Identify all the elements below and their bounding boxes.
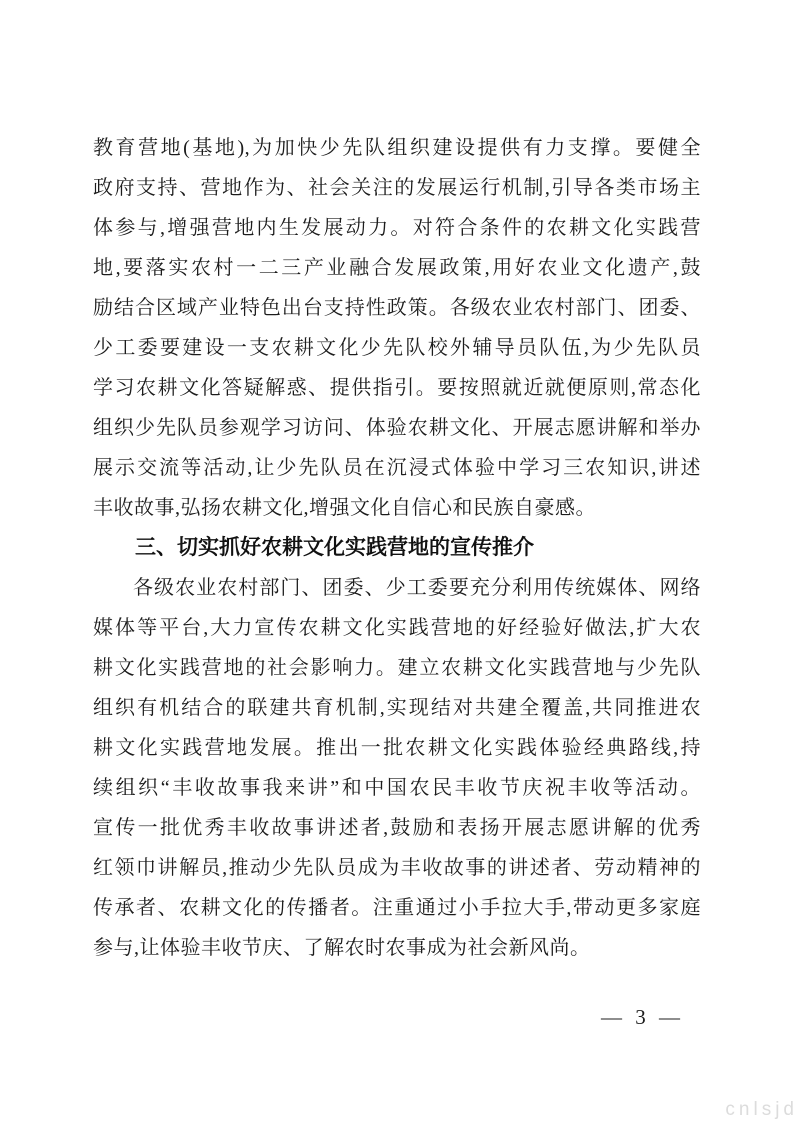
document-text-block: 教育营地(基地),为加快少先队组织建设提供有力支撑。要健全 政府支持、营地作为、… [93,128,701,968]
body-line: 参与,让体验丰收节庆、了解农时农事成为社会新风尚。 [93,928,701,968]
body-line: 地,要落实农村一二三产业融合发展政策,用好农业文化遗产,鼓 [93,248,701,288]
body-line: 耕文化实践营地发展。推出一批农耕文化实践体验经典路线,持 [93,728,701,768]
body-line: 教育营地(基地),为加快少先队组织建设提供有力支撑。要健全 [93,128,701,168]
body-line: 体参与,增强营地内生发展动力。对符合条件的农耕文化实践营 [93,208,701,248]
section-heading: 三、切实抓好农耕文化实践营地的宣传推介 [93,528,701,568]
body-line: 耕文化实践营地的社会影响力。建立农耕文化实践营地与少先队 [93,648,701,688]
body-line: 展示交流等活动,让少先队员在沉浸式体验中学习三农知识,讲述 [93,448,701,488]
body-line: 政府支持、营地作为、社会关注的发展运行机制,引导各类市场主 [93,168,701,208]
document-page: 教育营地(基地),为加快少先队组织建设提供有力支撑。要健全 政府支持、营地作为、… [0,0,794,1123]
body-line: 励结合区域产业特色出台支持性政策。各级农业农村部门、团委、 [93,288,701,328]
body-line: 学习农耕文化答疑解惑、提供指引。要按照就近就便原则,常态化 [93,368,701,408]
page-number: — 3 — [601,1005,684,1030]
body-line: 丰收故事,弘扬农耕文化,增强文化自信心和民族自豪感。 [93,488,701,528]
body-line: 媒体等平台,大力宣传农耕文化实践营地的好经验好做法,扩大农 [93,608,701,648]
body-line: 各级农业农村部门、团委、少工委要充分利用传统媒体、网络 [93,568,701,608]
body-line: 少工委要建设一支农耕文化少先队校外辅导员队伍,为少先队员 [93,328,701,368]
body-line: 宣传一批优秀丰收故事讲述者,鼓励和表扬开展志愿讲解的优秀 [93,808,701,848]
body-line: 传承者、农耕文化的传播者。注重通过小手拉大手,带动更多家庭 [93,888,701,928]
body-line: 红领巾讲解员,推动少先队员成为丰收故事的讲述者、劳动精神的 [93,848,701,888]
watermark-text: cnlsjd [725,1099,794,1121]
body-line: 组织少先队员参观学习访问、体验农耕文化、开展志愿讲解和举办 [93,408,701,448]
body-line: 续组织“丰收故事我来讲”和中国农民丰收节庆祝丰收等活动。 [93,768,701,808]
body-line: 组织有机结合的联建共育机制,实现结对共建全覆盖,共同推进农 [93,688,701,728]
